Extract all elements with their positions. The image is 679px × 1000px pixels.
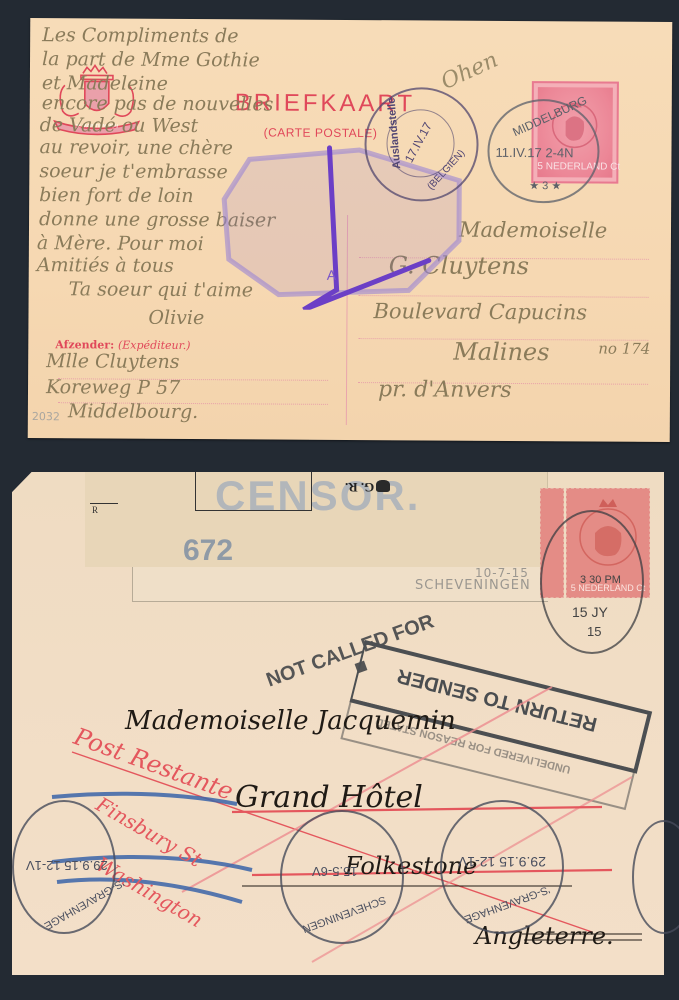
sender-name: Mlle Cluytens bbox=[46, 352, 179, 372]
message-line: soeur je t'embrasse bbox=[39, 162, 228, 182]
message-line: et Madeleine bbox=[42, 74, 168, 94]
censor-letter: A bbox=[327, 267, 337, 283]
middelburg-postmark: MIDDELBURG 11.IV.17 2-4N ★ 3 ★ bbox=[487, 99, 600, 204]
censor-initials: Ohen bbox=[437, 47, 501, 94]
card-subtitle: (CARTE POSTALE) bbox=[264, 125, 378, 140]
postcard: JE MAINTIENDRAI BRIEFKAART (CARTE POSTAL… bbox=[28, 18, 673, 442]
gravenhage-postmark: 29.9.15 12-1V 'S-GRAVENHAGE bbox=[12, 800, 116, 934]
sender-street: Koreweg P 57 bbox=[46, 378, 180, 398]
message-line: Les Compliments de bbox=[42, 26, 238, 46]
address-line: no 174 bbox=[598, 340, 650, 359]
auslandstelle-postmark: Auslandstelle 17.IV.17 (BELGIEN) bbox=[364, 87, 479, 202]
message-line: de Vadé ou West bbox=[40, 116, 199, 136]
scheveningen-postmark: 15.5-6V SCHEVENINGEN bbox=[280, 810, 404, 944]
envelope-address-line: Mademoiselle Jacquemin bbox=[125, 706, 456, 736]
message-line: encore pas de nouvelles bbox=[42, 94, 274, 114]
envelope-address-line: Grand Hôtel bbox=[235, 780, 423, 815]
message-line: bien fort de loin bbox=[39, 186, 193, 206]
address-line: pr. d'Anvers bbox=[378, 380, 512, 400]
signature: Olivie bbox=[148, 309, 204, 328]
message-line: à Mère. Pour moi bbox=[37, 234, 204, 254]
address-line: Malines bbox=[453, 343, 549, 363]
address-line: Mademoiselle bbox=[459, 221, 607, 241]
handwritten-message: Les Compliments de la part de Mme Gothie… bbox=[30, 18, 672, 22]
message-line: Amitiés à tous bbox=[37, 256, 174, 276]
gravenhage-postmark-2: 29.9.15 12-1V 'S-GRAVENHAGE bbox=[440, 800, 564, 934]
message-line: la part de Mme Gothie bbox=[42, 50, 260, 70]
sender-city: Middelbourg. bbox=[68, 402, 198, 422]
pencil-inventory-number: 2032 bbox=[32, 410, 60, 423]
scan-background: { "image": { "description": "Philatelic … bbox=[0, 0, 679, 1000]
message-line: au revoir, une chère bbox=[39, 138, 233, 158]
